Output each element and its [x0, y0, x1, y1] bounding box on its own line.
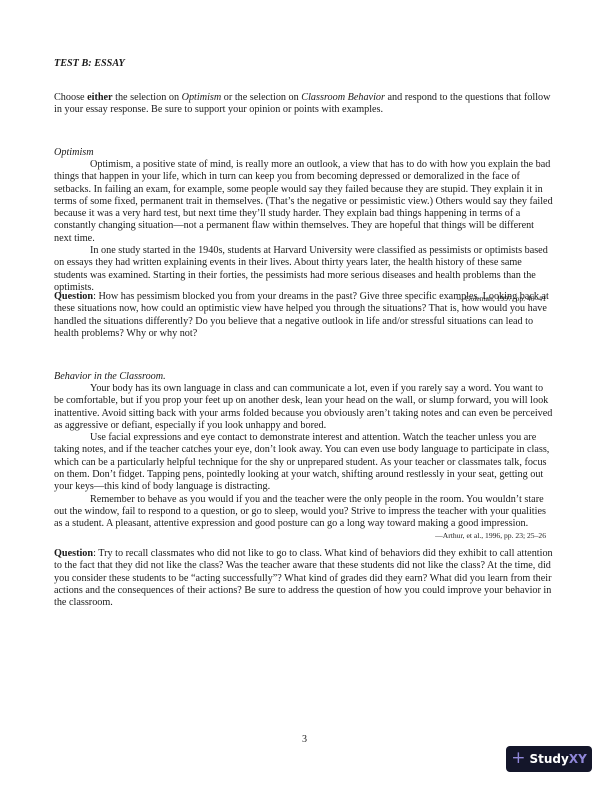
intro-classroom-ref: Classroom Behavior: [301, 92, 385, 103]
document-page: TEST B: ESSAY Choose either the selectio…: [0, 0, 612, 792]
behavior-question: Question: Try to recall classmates who d…: [54, 548, 554, 609]
brand-accent: XY: [569, 752, 587, 766]
optimism-paragraph-1: Optimism, a positive state of mind, is r…: [54, 159, 554, 245]
optimism-heading: Optimism: [54, 147, 554, 159]
intro-bold-either: either: [87, 92, 112, 103]
brand-main: Study: [529, 752, 568, 766]
brand-name: StudyXY: [529, 753, 586, 765]
instructions: Choose either the selection on Optimism …: [54, 92, 554, 117]
behavior-question-text: Question: Try to recall classmates who d…: [54, 548, 554, 609]
behavior-paragraph-1: Your body has its own language in class …: [54, 383, 554, 432]
optimism-question: Question: How has pessimism blocked you …: [54, 291, 554, 340]
studyxy-badge[interactable]: + StudyXY: [506, 746, 592, 772]
behavior-attribution: —Arthur, et al., 1996, pp. 23; 25–26: [54, 531, 554, 541]
intro-optimism-ref: Optimism: [182, 92, 222, 103]
page-number: 3: [302, 734, 307, 746]
behavior-paragraph-3: Remember to behave as you would if you a…: [54, 494, 554, 531]
optimism-question-text: Question: How has pessimism blocked you …: [54, 291, 554, 340]
behavior-heading: Behavior in the Classroom.: [54, 371, 554, 383]
question-label: Question: [54, 548, 93, 559]
behavior-section: Your body has its own language in class …: [54, 383, 554, 541]
intro-pre: Choose: [54, 92, 87, 103]
optimism-paragraph-2: In one study started in the 1940s, stude…: [54, 245, 554, 294]
intro-mid1: the selection on: [113, 92, 182, 103]
optimism-section: Optimism, a positive state of mind, is r…: [54, 159, 554, 304]
question-body: : Try to recall classmates who did not l…: [54, 548, 553, 608]
page-title: TEST B: ESSAY: [54, 58, 125, 70]
instructions-text: Choose either the selection on Optimism …: [54, 92, 554, 117]
intro-mid2: or the selection on: [221, 92, 301, 103]
plus-icon: +: [511, 750, 525, 767]
question-label: Question: [54, 291, 93, 302]
question-body: : How has pessimism blocked you from you…: [54, 291, 549, 339]
behavior-paragraph-2: Use facial expressions and eye contact t…: [54, 432, 554, 493]
